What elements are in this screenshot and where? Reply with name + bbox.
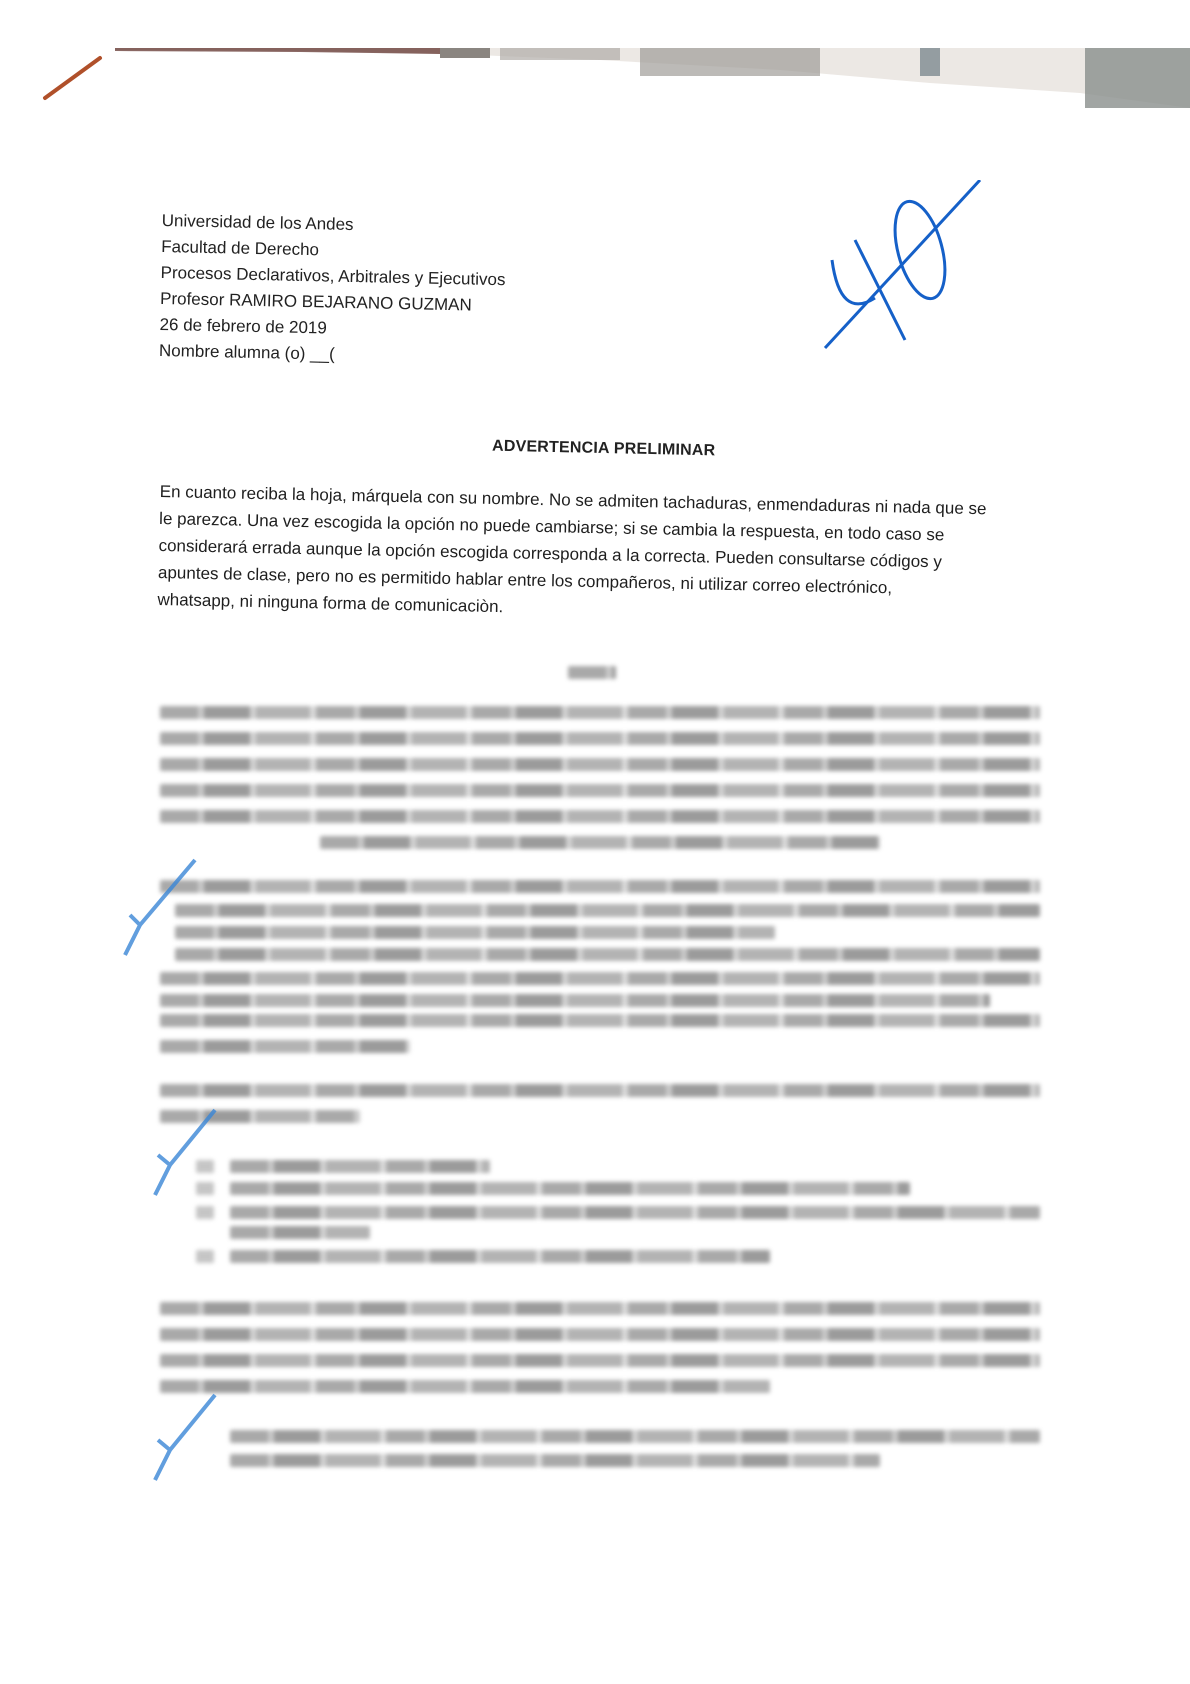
answer-check-mark [150, 1390, 230, 1490]
warning-body: En cuanto reciba la hoja, márquela con s… [157, 478, 1040, 631]
exam-header: Universidad de los Andes Facultad de Der… [159, 208, 507, 371]
exam-page: Universidad de los Andes Facultad de Der… [0, 0, 1190, 1684]
scan-top-edge [0, 48, 1190, 118]
handwritten-grade [820, 180, 1010, 350]
warning-title: ADVERTENCIA PRELIMINAR [492, 438, 716, 461]
answer-check-mark [115, 855, 215, 965]
answer-check-mark [150, 1105, 230, 1205]
